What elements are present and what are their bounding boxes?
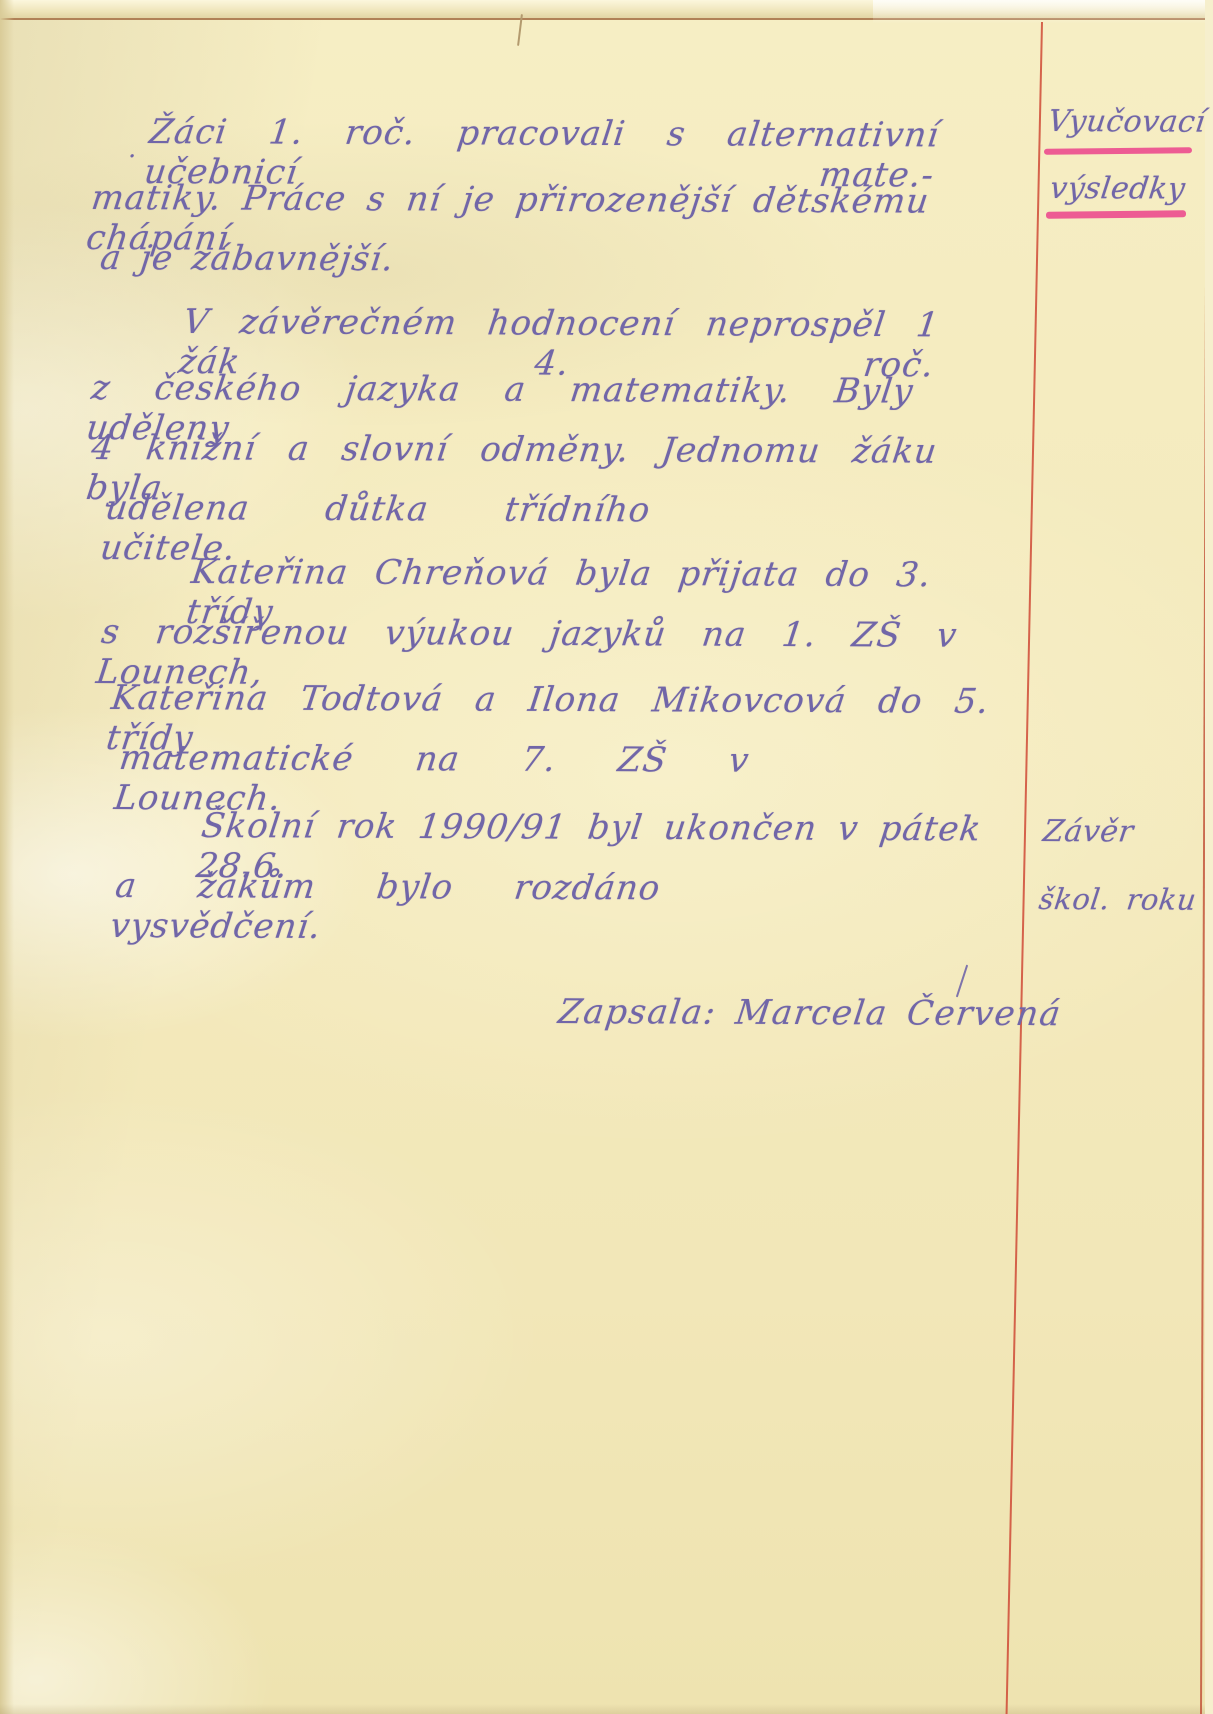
- ink-dot: ·: [128, 142, 136, 172]
- page-bottom-edge-shadow: [0, 1704, 1213, 1714]
- scanned-chronicle-page: { "page": { "type": "handwritten school …: [0, 0, 1213, 1714]
- margin-note-year-end-2: škol. roku: [1037, 882, 1198, 917]
- page-left-edge-shadow: [0, 0, 14, 1714]
- pink-underline: [1046, 210, 1186, 218]
- page-top-edge-highlight: [873, 0, 1213, 24]
- margin-note-year-end-1: Závěr: [1041, 814, 1136, 849]
- margin-note-teaching-results-2: výsledky: [1048, 171, 1187, 207]
- handwritten-line: a je zábavnější.: [98, 238, 397, 279]
- adjacent-page-sliver: [1205, 0, 1213, 1714]
- margin-note-teaching-results-1: Vyučovací: [1046, 104, 1208, 140]
- signature-line: Zapsala: Marcela Červená: [556, 992, 1064, 1034]
- handwritten-line: a žákům bylo rozdáno vysvědčení.: [108, 866, 663, 948]
